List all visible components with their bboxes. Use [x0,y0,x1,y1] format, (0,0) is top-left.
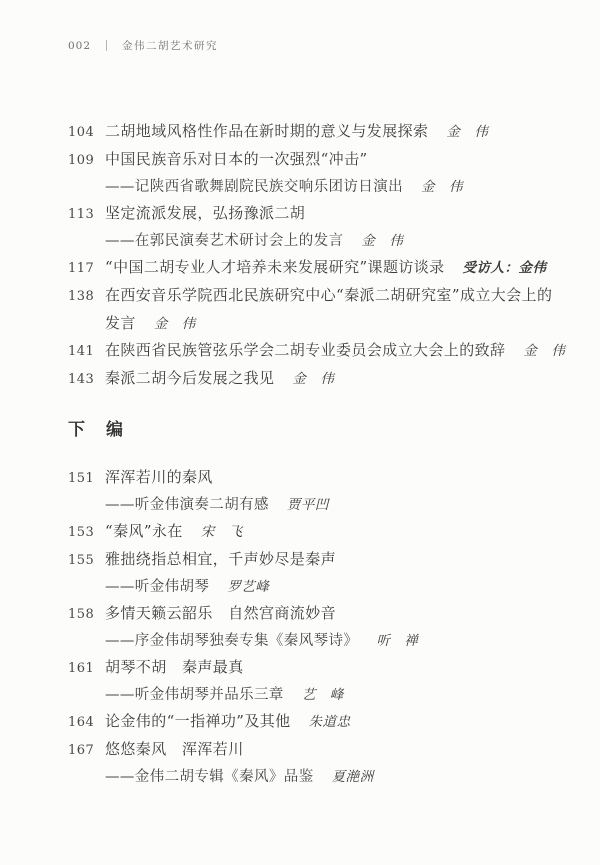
running-header: 002 金伟二胡艺术研究 [68,38,218,53]
toc-entry-line: 141在陕西省民族管弦乐学会二胡专业委员会成立大会上的致辞金 伟 [68,337,548,365]
toc-author: 金 伟 [292,371,334,387]
toc-title-text: 中国民族音乐对日本的一次强烈“冲击” [105,146,368,172]
page-folio-number: 002 [68,40,91,52]
toc-title-text: “中国二胡专业人才培养未来发展研究”课题访谈录受访人：金伟 [105,254,547,281]
toc-entry-line: 164论金伟的“一指禅功”及其他朱道忠 [68,708,548,736]
toc-section-upper: 104二胡地域风格性作品在新时期的意义与发展探索金 伟109中国民族音乐对日本的… [68,118,548,393]
toc-author: 艺 峰 [302,687,344,703]
toc-page-number: 161 [68,656,105,682]
toc-page-number: 141 [68,339,105,365]
toc-entry-line: 109中国民族音乐对日本的一次强烈“冲击” [68,146,548,174]
toc-entry-line: 104二胡地域风格性作品在新时期的意义与发展探索金 伟 [68,118,548,146]
toc-title-text: 二胡地域风格性作品在新时期的意义与发展探索金 伟 [105,118,488,145]
toc-entry-line: 发言金 伟 [68,310,548,337]
toc-entry-line: 167悠悠秦风 浑浑若川 [68,736,548,764]
toc-entry-line: 138在西安音乐学院西北民族研究中心“秦派二胡研究室”成立大会上的 [68,282,548,310]
toc-page-number: 113 [68,202,105,228]
header-divider [106,40,107,51]
toc-author: 贾平凹 [287,497,329,513]
toc-entry-line: 113坚定流派发展，弘扬豫派二胡 [68,200,548,228]
toc-page-number: 138 [68,284,105,310]
toc-entry-line: ——听金伟胡琴并品乐三章艺 峰 [68,682,548,708]
toc-author: 宋 飞 [201,524,243,540]
toc-entry-line: 143秦派二胡今后发展之我见金 伟 [68,365,548,393]
toc-title-text: 悠悠秦风 浑浑若川 [105,736,244,762]
toc-entry-line: 161胡琴不胡 秦声最真 [68,654,548,682]
toc-author: 罗艺峰 [227,579,269,595]
toc-page-number: 155 [68,548,105,574]
book-page: 002 金伟二胡艺术研究 104二胡地域风格性作品在新时期的意义与发展探索金 伟… [0,0,600,865]
toc-page-number: 109 [68,148,105,174]
toc-title-text: 论金伟的“一指禅功”及其他朱道忠 [105,708,351,735]
table-of-contents: 104二胡地域风格性作品在新时期的意义与发展探索金 伟109中国民族音乐对日本的… [68,118,548,790]
toc-author: 夏滟洲 [332,769,374,785]
toc-title-text: 发言金 伟 [105,310,196,337]
toc-title-text: ——金伟二胡专辑《秦风》品鉴夏滟洲 [105,764,374,790]
section-heading: 下 编 [68,417,548,443]
toc-title-text: 在西安音乐学院西北民族研究中心“秦派二胡研究室”成立大会上的 [105,282,552,308]
toc-section-lower: 151浑浑若川的秦风——听金伟演奏二胡有感贾平凹153“秦风”永在宋 飞155雅… [68,464,548,790]
toc-title-text: 坚定流派发展，弘扬豫派二胡 [105,200,305,226]
toc-title-text: ——记陕西省歌舞剧院民族交响乐团访日演出金 伟 [105,174,463,200]
toc-title-text: 浑浑若川的秦风 [105,464,213,490]
toc-title-text: ——听金伟胡琴并品乐三章艺 峰 [105,682,344,708]
toc-entry-line: ——序金伟胡琴独奏专集《秦风琴诗》听 禅 [68,628,548,654]
toc-author: 金 伟 [446,124,488,140]
toc-entry-line: ——听金伟演奏二胡有感贾平凹 [68,492,548,518]
toc-page-number: 164 [68,710,105,736]
toc-title-text: ——听金伟胡琴罗艺峰 [105,574,269,600]
toc-page-number: 104 [68,120,105,146]
toc-entry-line: 153“秦风”永在宋 飞 [68,518,548,546]
toc-page-number: 151 [68,466,105,492]
toc-author: 听 禅 [376,633,418,649]
toc-entry-line: 155雅拙绕指总相宜，千声妙尽是秦声 [68,546,548,574]
toc-title-text: 多情天籁云韶乐 自然宫商流妙音 [105,600,336,626]
toc-entry-line: ——记陕西省歌舞剧院民族交响乐团访日演出金 伟 [68,174,548,200]
toc-author: 金 伟 [421,179,463,195]
toc-title-text: 胡琴不胡 秦声最真 [105,654,244,680]
toc-author: 金 伟 [361,233,403,249]
toc-entry-line: 158多情天籁云韶乐 自然宫商流妙音 [68,600,548,628]
toc-author: 金 伟 [523,343,565,359]
toc-page-number: 117 [68,256,105,282]
toc-page-number: 167 [68,738,105,764]
toc-author: 受访人：金伟 [463,260,547,276]
toc-entry-line: 117“中国二胡专业人才培养未来发展研究”课题访谈录受访人：金伟 [68,254,548,282]
toc-author: 朱道忠 [309,714,351,730]
toc-entry-line: 151浑浑若川的秦风 [68,464,548,492]
toc-title-text: ——序金伟胡琴独奏专集《秦风琴诗》听 禅 [105,628,418,654]
toc-title-text: 在陕西省民族管弦乐学会二胡专业委员会成立大会上的致辞金 伟 [105,337,565,364]
toc-title-text: ——在郭民演奏艺术研讨会上的发言金 伟 [105,228,403,254]
toc-page-number: 143 [68,367,105,393]
toc-title-text: ——听金伟演奏二胡有感贾平凹 [105,492,329,518]
toc-title-text: 秦派二胡今后发展之我见金 伟 [105,365,334,392]
book-title: 金伟二胡艺术研究 [122,38,218,53]
toc-page-number: 158 [68,602,105,628]
toc-entry-line: ——金伟二胡专辑《秦风》品鉴夏滟洲 [68,764,548,790]
toc-entry-line: ——在郭民演奏艺术研讨会上的发言金 伟 [68,228,548,254]
toc-title-text: “秦风”永在宋 飞 [105,518,243,545]
toc-page-number: 153 [68,520,105,546]
toc-author: 金 伟 [154,316,196,332]
toc-title-text: 雅拙绕指总相宜，千声妙尽是秦声 [105,546,336,572]
toc-entry-line: ——听金伟胡琴罗艺峰 [68,574,548,600]
